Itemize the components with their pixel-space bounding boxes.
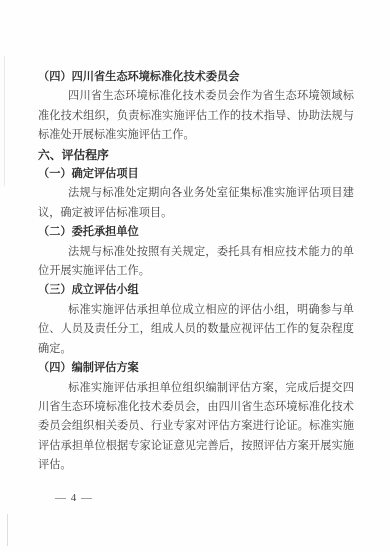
section-heading-prepare-evaluation-plan: （四）编制评估方案: [38, 359, 354, 378]
section-heading-sichuan-standards-committee: （四）四川省生态环境标准化技术委员会: [38, 68, 354, 87]
paragraph-determine-evaluation-projects: 法规与标准处定期向各业务处室征集标准实施评估项目建议，确定被评估标准项目。: [38, 184, 354, 223]
scan-edge-artifact-top: [4, 56, 5, 186]
paragraph-entrust-undertaking-unit: 法规与标准处按照有关规定，委托具有相应技术能力的单位开展实施评估工作。: [38, 243, 354, 282]
section-heading-form-evaluation-team: （三）成立评估小组: [38, 281, 354, 300]
paragraph-committee-role: 四川省生态环境标准化技术委员会作为省生态环境领域标准化技术组织，负责标准实施评估…: [38, 87, 354, 145]
page-number: — 4 —: [55, 489, 354, 508]
paragraph-prepare-evaluation-plan: 标准实施评估承担单位组织编制评估方案，完成后提交四川省生态环境标准化技术委员会，…: [38, 379, 354, 476]
scan-edge-artifact-bottom: [7, 514, 8, 546]
chapter-heading-evaluation-procedure: 六、评估程序: [38, 146, 354, 165]
section-heading-determine-evaluation-projects: （一）确定评估项目: [38, 165, 354, 184]
document-page: （四）四川省生态环境标准化技术委员会 四川省生态环境标准化技术委员会作为省生态环…: [0, 0, 390, 551]
paragraph-form-evaluation-team: 标准实施评估承担单位成立相应的评估小组，明确参与单位、人员及责任分工，组成人员的…: [38, 301, 354, 359]
document-content: （四）四川省生态环境标准化技术委员会 四川省生态环境标准化技术委员会作为省生态环…: [38, 68, 354, 508]
section-heading-entrust-undertaking-unit: （二）委托承担单位: [38, 223, 354, 242]
